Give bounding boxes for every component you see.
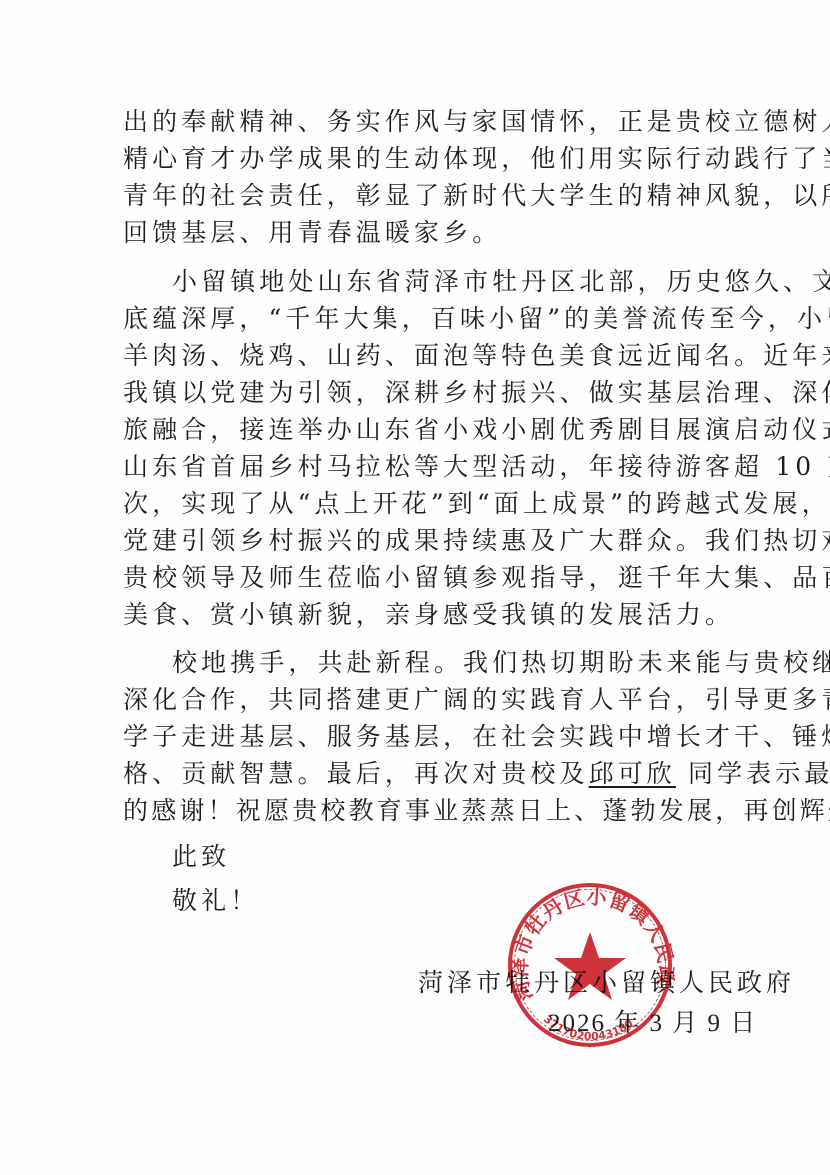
paragraph-3-line-2: 深化合作，共同搭建更广阔的实践育人平台，引导更多青年 [123,681,713,718]
paragraph-2-line-3: 羊肉汤、烧鸡、山药、面泡等特色美食远近闻名。近年来， [123,337,713,374]
paragraph-2-line-5: 旅融合，接连举办山东省小戏小剧优秀剧目展演启动仪式、 [123,411,713,448]
paragraph-3-line-4-head: 格、贡献智慧。最后，再次对贵校及 [123,759,589,788]
paragraph-2-line-6: 山东省首届乡村马拉松等大型活动，年接待游客超 10 万人 [123,448,713,485]
paragraph-2-line-1: 小留镇地处山东省菏泽市牡丹区北部，历史悠久、文化 [172,263,712,300]
paragraph-1-line-1: 出的奉献精神、务实作风与家国情怀，正是贵校立德树人、 [123,103,713,140]
paragraph-3-line-3: 学子走进基层、服务基层，在社会实践中增长才干、锤炼品 [123,718,713,755]
paragraph-3-line-5: 的感谢！祝愿贵校教育事业蒸蒸日上、蓬勃发展，再创辉煌！ [123,792,713,829]
paragraph-2-line-7: 次，实现了从“点上开花”到“面上成景”的跨越式发展， [123,485,713,522]
paragraph-1-line-4: 回馈基层、用青春温暖家乡。 [123,214,713,251]
paragraph-2-line-8: 党建引领乡村振兴的成果持续惠及广大群众。我们热切欢迎 [123,522,713,559]
paragraph-2-line-4: 我镇以党建为引领，深耕乡村振兴、做实基层治理、深化文 [123,374,713,411]
paragraph-2-line-2: 底蕴深厚，“千年大集，百味小留”的美誉流传至今，小留 [123,300,713,337]
student-name: 邱可欣 [589,759,676,788]
paragraph-2-line-9: 贵校领导及师生莅临小留镇参观指导，逛千年大集、品百味 [123,559,713,596]
official-seal-icon: 菏泽市牡丹区小留镇人民政府 3717020043180 [505,880,675,1050]
paragraph-3-line-4-tail: 同学表示最衷心 [676,759,830,788]
paragraph-1-line-2: 精心育才办学成果的生动体现，他们用实际行动践行了当代 [123,140,713,177]
paragraph-3-line-4: 格、贡献智慧。最后，再次对贵校及邱可欣 同学表示最衷心 [123,755,713,792]
letter-page: 出的奉献精神、务实作风与家国情怀，正是贵校立德树人、 精心育才办学成果的生动体现… [0,0,830,1175]
paragraph-3-line-1: 校地携手，共赴新程。我们热切期盼未来能与贵校继续 [172,644,712,681]
paragraph-2-line-10: 美食、赏小镇新貌，亲身感受我镇的发展活力。 [123,596,713,633]
paragraph-1-line-3: 青年的社会责任，彰显了新时代大学生的精神风貌，以所学 [123,177,713,214]
closing-line-1: 此致 [172,838,712,875]
